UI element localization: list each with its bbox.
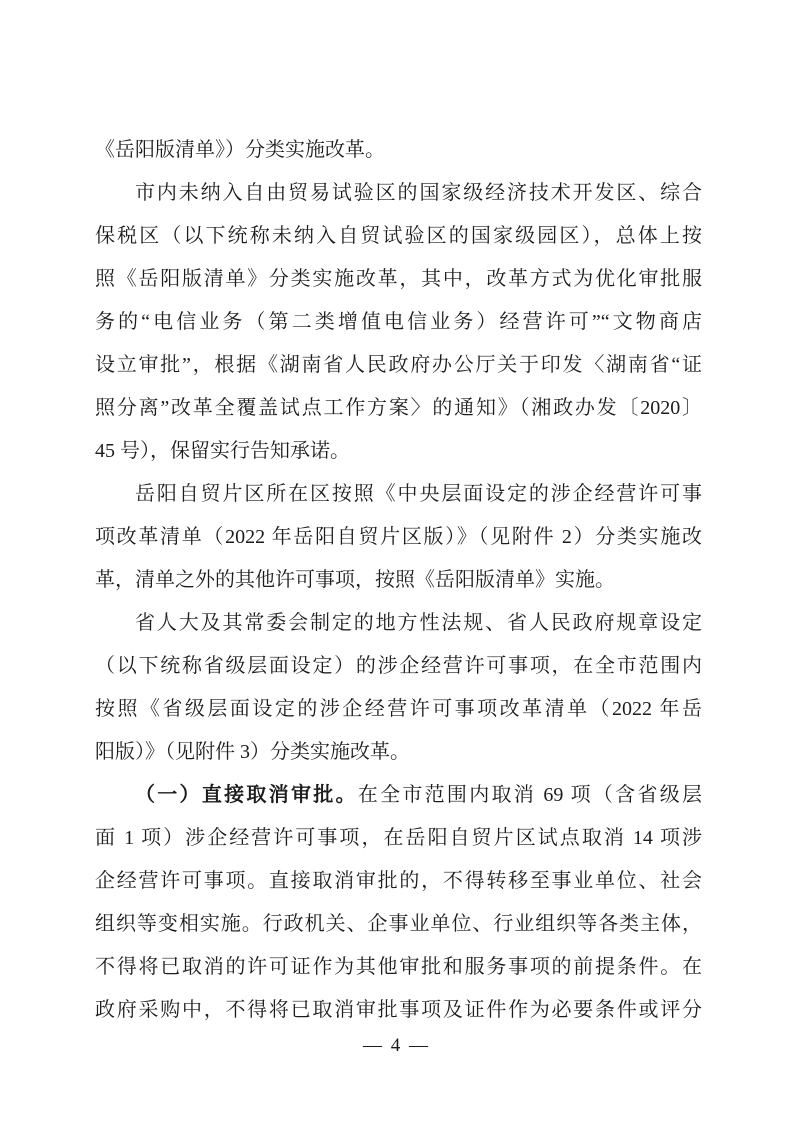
line-text: 务的“电信业务（第二类增值电信业务）经营许可”“文物商店 [95, 311, 702, 333]
text-line: 阳版）》（见附件 3）分类实施改革。 [95, 731, 702, 774]
text-line: 照《岳阳版清单》分类实施改革，其中，改革方式为优化审批服 [95, 258, 702, 301]
line-text: 《岳阳版清单》）分类实施改革。 [95, 139, 385, 161]
body-text: 《岳阳版清单》）分类实施改革。 市内未纳入自由贸易试验区的国家级经济技术开发区、… [95, 129, 702, 1032]
text-line: 企经营许可事项。直接取消审批的，不得转移至事业单位、社会 [95, 860, 702, 903]
line-text: （以下统称省级层面设定）的涉企经营许可事项，在全市范围内 [95, 655, 702, 677]
line-text: 45 号），保留实行告知承诺。 [95, 440, 350, 462]
line-text: 保税区（以下统称未纳入自贸试验区的国家级园区），总体上按 [95, 225, 702, 247]
line-text: 组织等变相实施。行政机关、企事业单位、行业组织等各类主体， [95, 913, 702, 935]
text-line: （一）直接取消审批。在全市范围内取消 69 项（含省级层 [95, 774, 702, 817]
line-text: 不得将已取消的许可证作为其他审批和服务事项的前提条件。在 [95, 956, 702, 978]
text-line: 岳阳自贸片区所在区按照《中央层面设定的涉企经营许可事 [95, 473, 702, 516]
line-text: 岳阳自贸片区所在区按照《中央层面设定的涉企经营许可事 [135, 483, 702, 505]
text-line: 政府采购中，不得将已取消审批事项及证件作为必要条件或评分 [95, 989, 702, 1032]
text-line: 《岳阳版清单》）分类实施改革。 [95, 129, 702, 172]
line-text: 设立审批”，根据《湖南省人民政府办公厅关于印发〈湖南省“证 [95, 354, 702, 376]
line-text: 照《岳阳版清单》分类实施改革，其中，改革方式为优化审批服 [95, 268, 702, 290]
line-text: 照分离”改革全覆盖试点工作方案〉的通知》（湘政办发〔2020〕 [95, 397, 702, 419]
line-text: 项改革清单（2022 年岳阳自贸片区版）》（见附件 2）分类实施改 [95, 526, 702, 548]
text-line: 设立审批”，根据《湖南省人民政府办公厅关于印发〈湖南省“证 [95, 344, 702, 387]
text-line: 务的“电信业务（第二类增值电信业务）经营许可”“文物商店 [95, 301, 702, 344]
text-line: 组织等变相实施。行政机关、企事业单位、行业组织等各类主体， [95, 903, 702, 946]
line-text: 省人大及其常委会制定的地方性法规、省人民政府规章设定 [135, 612, 702, 634]
text-line: 市内未纳入自由贸易试验区的国家级经济技术开发区、综合 [95, 172, 702, 215]
text-line: 保税区（以下统称未纳入自贸试验区的国家级园区），总体上按 [95, 215, 702, 258]
line-text: 阳版）》（见附件 3）分类实施改革。 [95, 741, 410, 763]
text-line: 省人大及其常委会制定的地方性法规、省人民政府规章设定 [95, 602, 702, 645]
text-line: 项改革清单（2022 年岳阳自贸片区版）》（见附件 2）分类实施改 [95, 516, 702, 559]
text-line: （以下统称省级层面设定）的涉企经营许可事项，在全市范围内 [95, 645, 702, 688]
text-line: 按照《省级层面设定的涉企经营许可事项改革清单（2022 年岳 [95, 688, 702, 731]
line-text: 政府采购中，不得将已取消审批事项及证件作为必要条件或评分 [95, 999, 702, 1021]
line-text: 按照《省级层面设定的涉企经营许可事项改革清单（2022 年岳 [95, 698, 702, 720]
line-text: 革，清单之外的其他许可事项，按照《岳阳版清单》实施。 [95, 569, 615, 591]
document-page: 《岳阳版清单》）分类实施改革。 市内未纳入自由贸易试验区的国家级经济技术开发区、… [0, 0, 793, 1122]
text-line: 45 号），保留实行告知承诺。 [95, 430, 702, 473]
line-text: 面 1 项）涉企经营许可事项，在岳阳自贸片区试点取消 14 项涉 [95, 827, 702, 849]
page-number: — 4 — [0, 1035, 793, 1057]
text-line: 不得将已取消的许可证作为其他审批和服务事项的前提条件。在 [95, 946, 702, 989]
clause-heading: （一）直接取消审批。 [135, 784, 358, 806]
line-text: 在全市范围内取消 69 项（含省级层 [358, 784, 702, 806]
text-line: 照分离”改革全覆盖试点工作方案〉的通知》（湘政办发〔2020〕 [95, 387, 702, 430]
line-text: 企经营许可事项。直接取消审批的，不得转移至事业单位、社会 [95, 870, 702, 892]
line-text: 市内未纳入自由贸易试验区的国家级经济技术开发区、综合 [135, 182, 702, 204]
text-line: 面 1 项）涉企经营许可事项，在岳阳自贸片区试点取消 14 项涉 [95, 817, 702, 860]
text-line: 革，清单之外的其他许可事项，按照《岳阳版清单》实施。 [95, 559, 702, 602]
